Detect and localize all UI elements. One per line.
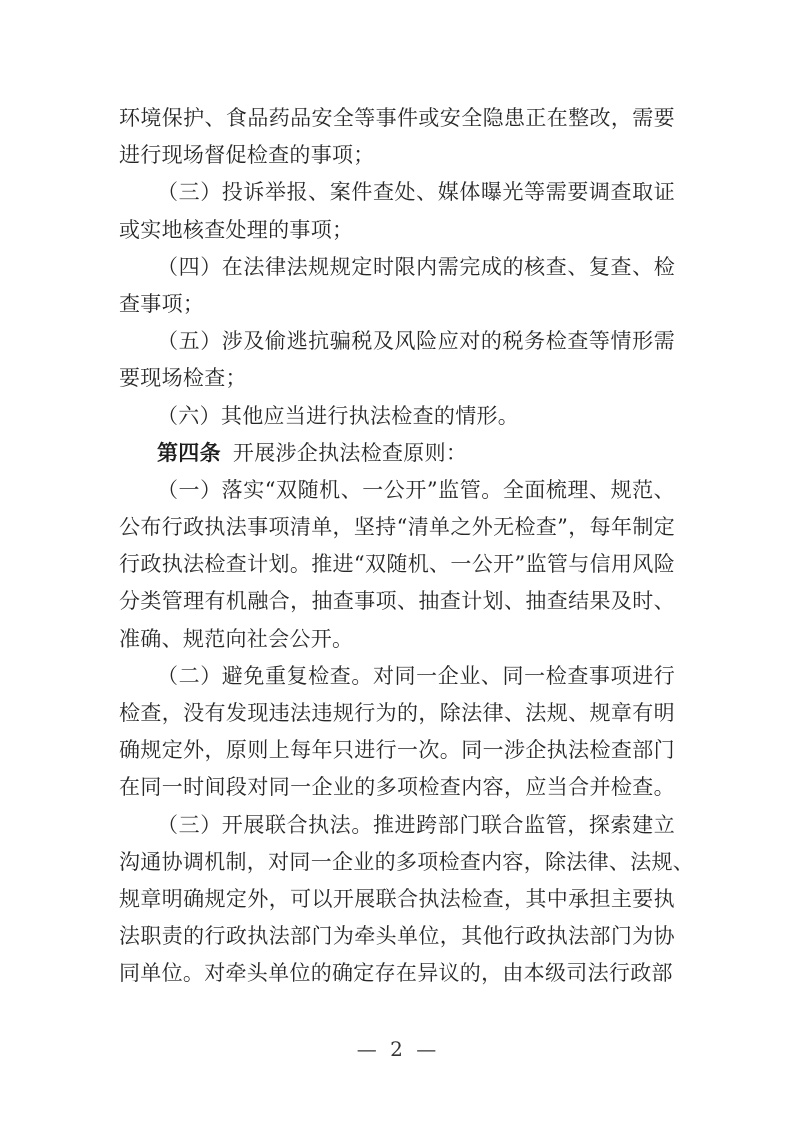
text-line: 规章明确规定外，可以开展联合执法检查，其中承担主要执 [119,881,675,918]
text-line: 同单位。对牵头单位的确定存在异议的，由本级司法行政部 [119,955,675,992]
page-number: — 2 — [0,1037,793,1061]
text-line: 要现场检查； [119,360,675,397]
article-heading-bold: 第四条 [157,441,221,465]
text-line: （三）开展联合执法。推进跨部门联合监管，探索建立 [119,807,675,844]
text-line: 确规定外，原则上每年只进行一次。同一涉企执法检查部门 [119,732,675,769]
text-line: （三）投诉举报、案件查处、媒体曝光等需要调查取证 [119,174,675,211]
text-line: 行政执法检查计划。推进“双随机、一公开”监管与信用风险 [119,546,675,583]
document-page: 环境保护、食品药品安全等事件或安全隐患正在整改，需要进行现场督促检查的事项；（三… [0,0,793,1122]
text-line: 查事项； [119,286,675,323]
text-line: 法职责的行政执法部门为牵头单位，其他行政执法部门为协 [119,918,675,955]
text-line: 公布行政执法事项清单，坚持“清单之外无检查”，每年制定 [119,509,675,546]
text-line: （二）避免重复检查。对同一企业、同一检查事项进行 [119,658,675,695]
text-line: 检查，没有发现违法违规行为的，除法律、法规、规章有明 [119,695,675,732]
text-line: 准确、规范向社会公开。 [119,621,675,658]
text-line: （一）落实“双随机、一公开”监管。全面梳理、规范、 [119,472,675,509]
text-line: 沟通协调机制，对同一企业的多项检查内容，除法律、法规、 [119,844,675,881]
text-line: （四）在法律法规规定时限内需完成的核查、复查、检 [119,249,675,286]
text-line: 进行现场督促检查的事项； [119,137,675,174]
document-body: 环境保护、食品药品安全等事件或安全隐患正在整改，需要进行现场督促检查的事项；（三… [119,100,675,993]
text-line: 环境保护、食品药品安全等事件或安全隐患正在整改，需要 [119,100,675,137]
text-line: （五）涉及偷逃抗骗税及风险应对的税务检查等情形需 [119,323,675,360]
text-line: 第四条开展涉企执法检查原则： [119,435,675,472]
text-line: 分类管理有机融合，抽查事项、抽查计划、抽查结果及时、 [119,583,675,620]
text-line: 或实地核查处理的事项； [119,212,675,249]
text-line: （六）其他应当进行执法检查的情形。 [119,398,675,435]
text-line: 在同一时间段对同一企业的多项检查内容，应当合并检查。 [119,769,675,806]
